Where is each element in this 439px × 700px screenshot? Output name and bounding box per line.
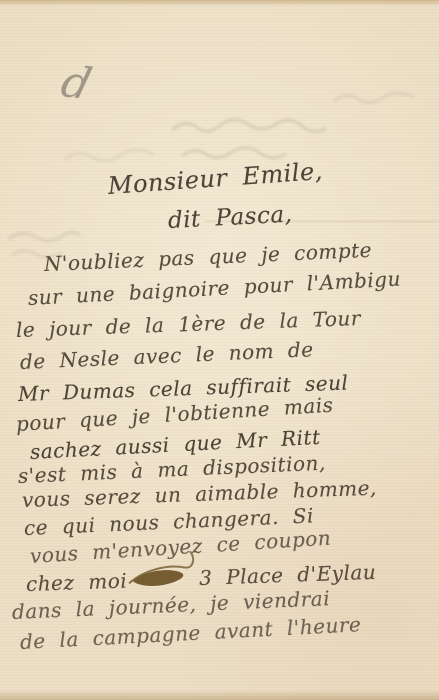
letter-line: de Nesle avec le nom de xyxy=(19,337,314,374)
ghost-showthrough xyxy=(330,85,420,115)
pencil-mark: d xyxy=(57,61,96,108)
ink-blot-icon xyxy=(127,567,200,591)
salutation-line: dit Pasca, xyxy=(167,202,293,234)
letter-line-text: chez moi xyxy=(26,568,128,596)
letter-page: d Monsieur Emile, dit Pasca, N'oubliez p… xyxy=(0,0,439,700)
letter-line-text: 3 Place d'Eylau xyxy=(199,560,377,590)
